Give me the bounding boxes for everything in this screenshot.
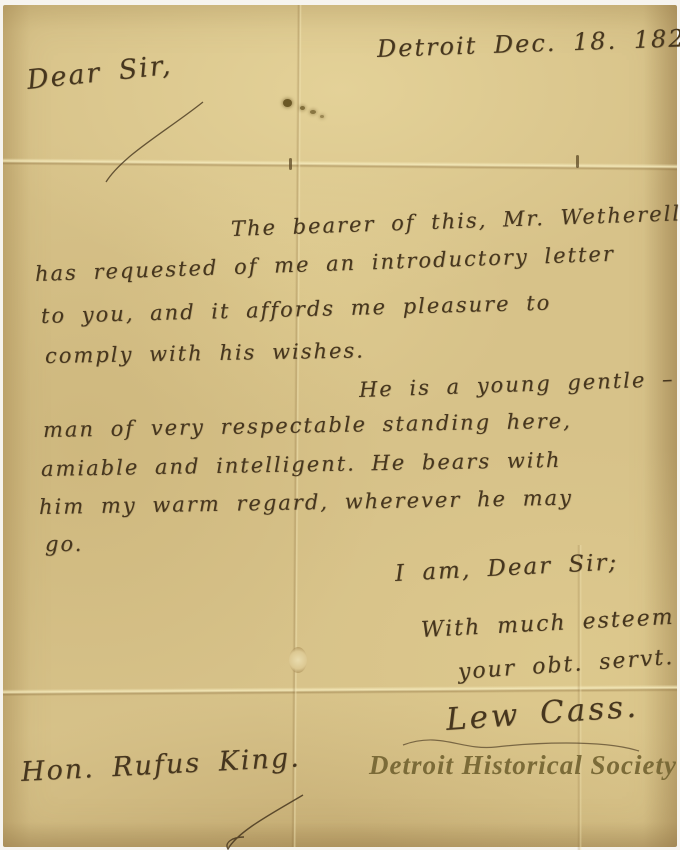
- paragraph2-line3: amiable and intelligent. He bears with: [41, 448, 562, 481]
- paragraph2-line4: him my warm regard, wherever he may: [39, 486, 573, 519]
- closing-line3: your obt. servt.: [457, 645, 675, 685]
- letter-paper: Detroit Dec. 18. 1823. Dear Sir, The bea…: [3, 5, 677, 847]
- paragraph1-line4: comply with his wishes.: [45, 338, 365, 368]
- paragraph2-line2: man of very respectable standing here,: [43, 409, 572, 442]
- paragraph1-line3: to you, and it affords me pleasure to: [41, 291, 552, 328]
- paragraph1-line1: The bearer of this, Mr. Wetherell;: [231, 201, 680, 241]
- ink-stain-small-1: [300, 106, 305, 110]
- paragraph2-line1: He is a young gentle –: [359, 367, 675, 402]
- salutation-flourish: [98, 100, 208, 185]
- ink-stain-small-2: [310, 110, 316, 114]
- signature: Lew Cass.: [445, 689, 640, 738]
- closing-line1: I am, Dear Sir;: [394, 549, 619, 587]
- closing-line2: With much esteem: [420, 605, 675, 643]
- salutation: Dear Sir,: [25, 50, 173, 96]
- addressee-line: Hon. Rufus King.: [20, 742, 301, 788]
- fold-nick-right: [576, 155, 579, 168]
- dateline: Detroit Dec. 18. 1823.: [377, 23, 680, 63]
- paragraph1-line2: has requested of me an introductory lett…: [35, 242, 616, 286]
- ink-stain-large: [283, 99, 292, 107]
- seal-remnant-spot: [289, 647, 307, 673]
- paragraph2-line5: go.: [45, 532, 83, 556]
- watermark-text: Detroit Historical Society: [369, 750, 677, 781]
- ink-stain-small-3: [320, 115, 324, 118]
- addressee-flourish: [218, 793, 308, 850]
- fold-nick-left: [289, 158, 292, 170]
